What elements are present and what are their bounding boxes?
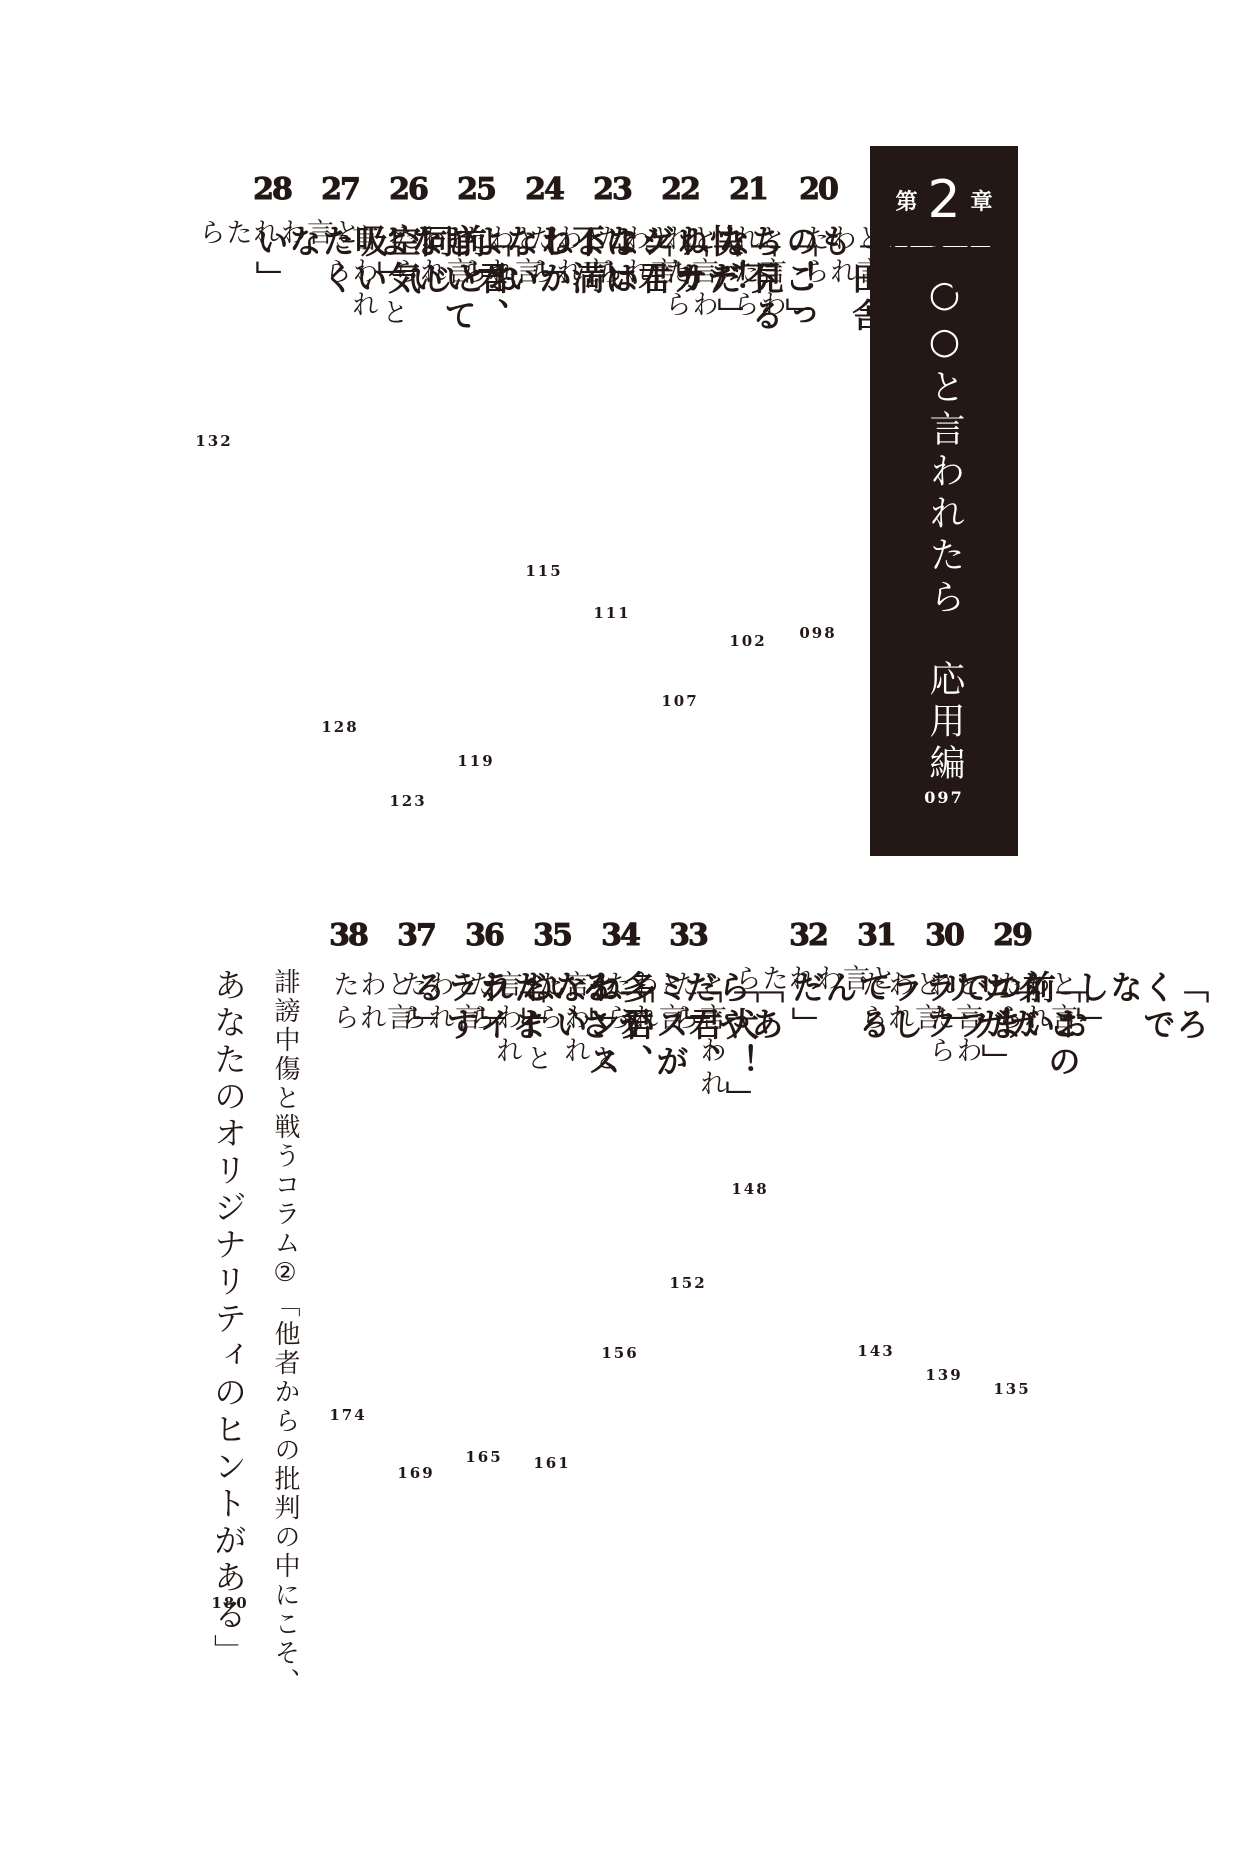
chapter-label: 第2章 — [870, 170, 1018, 230]
entry-page-number: 180 — [200, 1594, 260, 1612]
entry-page-number: 143 — [846, 1342, 906, 1360]
entry-page-number: 128 — [310, 718, 370, 736]
entry-number: 29 — [982, 918, 1042, 953]
entry-number: 28 — [242, 172, 302, 207]
entry-number: 32 — [778, 918, 838, 953]
entry-number: 24 — [514, 172, 574, 207]
entry-page-number: 135 — [982, 1380, 1042, 1398]
entry-page-number: 098 — [788, 624, 848, 642]
entry-number: 37 — [386, 918, 446, 953]
entry-number: 21 — [718, 172, 778, 207]
entry-number: 34 — [590, 918, 650, 953]
chapter-title: ○○と言われたら応用編 — [926, 274, 962, 786]
entry-page-number: 169 — [386, 1464, 446, 1482]
entry-page-number: 139 — [914, 1366, 974, 1384]
column-title-line-1: 誹謗中傷と戦うコラム②「他者からの批判の中にこそ、 — [272, 968, 298, 1697]
entry-page-number: 161 — [522, 1454, 582, 1472]
entry-number: 25 — [446, 172, 506, 207]
entry-number: 27 — [310, 172, 370, 207]
entry-page-number: 123 — [378, 792, 438, 810]
entry-page-number: 107 — [650, 692, 710, 710]
entry-page-number: 119 — [446, 752, 506, 770]
entry-number: 33 — [658, 918, 718, 953]
entry-page-number: 165 — [454, 1448, 514, 1466]
chapter-number: 2 — [927, 170, 960, 230]
column-title-line-2: あなたのオリジナリティのヒントがある」 — [212, 968, 245, 1671]
chapter-page-number: 097 — [870, 788, 1018, 807]
entry-page-number: 174 — [318, 1406, 378, 1424]
entry-number: 26 — [378, 172, 438, 207]
entry-number: 36 — [454, 918, 514, 953]
entry-page-number: 111 — [582, 604, 642, 622]
entry-page-number: 156 — [590, 1344, 650, 1362]
entry-number: 35 — [522, 918, 582, 953]
entry-number: 30 — [914, 918, 974, 953]
chapter-subtitle: 応用編 — [926, 660, 962, 786]
entry-number: 20 — [788, 172, 848, 207]
entry-number: 22 — [650, 172, 710, 207]
entry-page-number: 102 — [718, 632, 778, 650]
entry-number: 38 — [318, 918, 378, 953]
entry-number: 23 — [582, 172, 642, 207]
entry-page-number: 148 — [720, 1180, 780, 1198]
entry-page-number: 115 — [514, 562, 574, 580]
entry-page-number: 152 — [658, 1274, 718, 1292]
entry-page-number: 132 — [184, 432, 244, 450]
entry-number: 31 — [846, 918, 906, 953]
